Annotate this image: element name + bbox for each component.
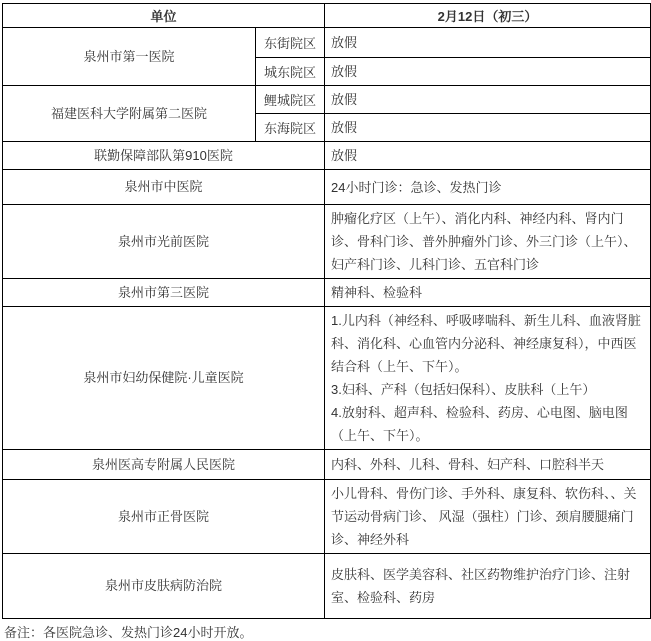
schedule-detail: 皮肤科、医学美容科、社区药物维护治疗门诊、注射室、检验科、药房 [325, 554, 651, 619]
schedule-detail: 放假 [325, 142, 651, 170]
table-row: 泉州市妇幼保健院·儿童医院 1.儿内科（神经科、呼吸哮喘科、新生儿科、血液肾脏科… [3, 307, 651, 450]
schedule-detail: 放假 [325, 86, 651, 114]
table-row: 泉州市皮肤病防治院 皮肤科、医学美容科、社区药物维护治疗门诊、注射室、检验科、药… [3, 554, 651, 619]
table-row: 泉州市光前医院 肿瘤化疗区（上午）、消化内科、神经内科、肾内门诊、骨科门诊、普外… [3, 205, 651, 279]
schedule-detail: 肿瘤化疗区（上午）、消化内科、神经内科、肾内门诊、骨科门诊、普外肿瘤外门诊、外三… [325, 205, 651, 279]
schedule-detail-line: 3.妇科、产科（包括妇保科）、皮肤科（上午） [331, 378, 644, 401]
hospital-name: 泉州市第一医院 [3, 28, 256, 86]
campus-name: 东街院区 [256, 28, 325, 58]
schedule-detail: 放假 [325, 58, 651, 86]
footer-note: 备注：各医院急诊、发热门诊24小时开放。 [4, 624, 651, 641]
hospital-name: 泉州市皮肤病防治院 [3, 554, 325, 619]
table-row: 泉州医高专附属人民医院 内科、外科、儿科、骨科、妇产科、口腔科半天 [3, 450, 651, 480]
hospital-name: 福建医科大学附属第二医院 [3, 86, 256, 142]
hospital-name: 泉州市正骨医院 [3, 480, 325, 554]
hospital-schedule-table: 单位 2月12日（初三） 泉州市第一医院 东街院区 放假 城东院区 放假 福建医… [2, 3, 651, 619]
header-row: 单位 2月12日（初三） [3, 4, 651, 28]
schedule-detail: 放假 [325, 28, 651, 58]
campus-name: 东海院区 [256, 114, 325, 142]
hospital-name: 泉州市妇幼保健院·儿童医院 [3, 307, 325, 450]
schedule-detail: 内科、外科、儿科、骨科、妇产科、口腔科半天 [325, 450, 651, 480]
page: 单位 2月12日（初三） 泉州市第一医院 东街院区 放假 城东院区 放假 福建医… [0, 0, 651, 641]
schedule-detail: 1.儿内科（神经科、呼吸哮喘科、新生儿科、血液肾脏科、消化科、心血管内分泌科、神… [325, 307, 651, 450]
hospital-name: 泉州市光前医院 [3, 205, 325, 279]
table-row: 泉州市第三医院 精神科、检验科 [3, 279, 651, 307]
table-row: 福建医科大学附属第二医院 鲤城院区 放假 [3, 86, 651, 114]
campus-name: 城东院区 [256, 58, 325, 86]
header-date: 2月12日（初三） [325, 4, 651, 28]
table-row: 泉州市正骨医院 小儿骨科、骨伤门诊、手外科、康复科、软伤科、、关节运动骨病门诊、… [3, 480, 651, 554]
table-row: 泉州市第一医院 东街院区 放假 [3, 28, 651, 58]
header-unit: 单位 [3, 4, 325, 28]
table-row: 联勤保障部队第910医院 放假 [3, 142, 651, 170]
hospital-name: 联勤保障部队第910医院 [3, 142, 325, 170]
table-row: 泉州市中医院 24小时门诊：急诊、发热门诊 [3, 170, 651, 205]
schedule-detail-line: 1.儿内科（神经科、呼吸哮喘科、新生儿科、血液肾脏科、消化科、心血管内分泌科、神… [331, 309, 644, 378]
schedule-detail-line: 4.放射科、超声科、检验科、药房、心电图、脑电图（上午、下午）。 [331, 401, 644, 447]
schedule-detail: 24小时门诊：急诊、发热门诊 [325, 170, 651, 205]
hospital-name: 泉州市中医院 [3, 170, 325, 205]
campus-name: 鲤城院区 [256, 86, 325, 114]
schedule-detail: 放假 [325, 114, 651, 142]
schedule-detail: 精神科、检验科 [325, 279, 651, 307]
hospital-name: 泉州市第三医院 [3, 279, 325, 307]
schedule-detail: 小儿骨科、骨伤门诊、手外科、康复科、软伤科、、关节运动骨病门诊、 风湿（强柱）门… [325, 480, 651, 554]
hospital-name: 泉州医高专附属人民医院 [3, 450, 325, 480]
